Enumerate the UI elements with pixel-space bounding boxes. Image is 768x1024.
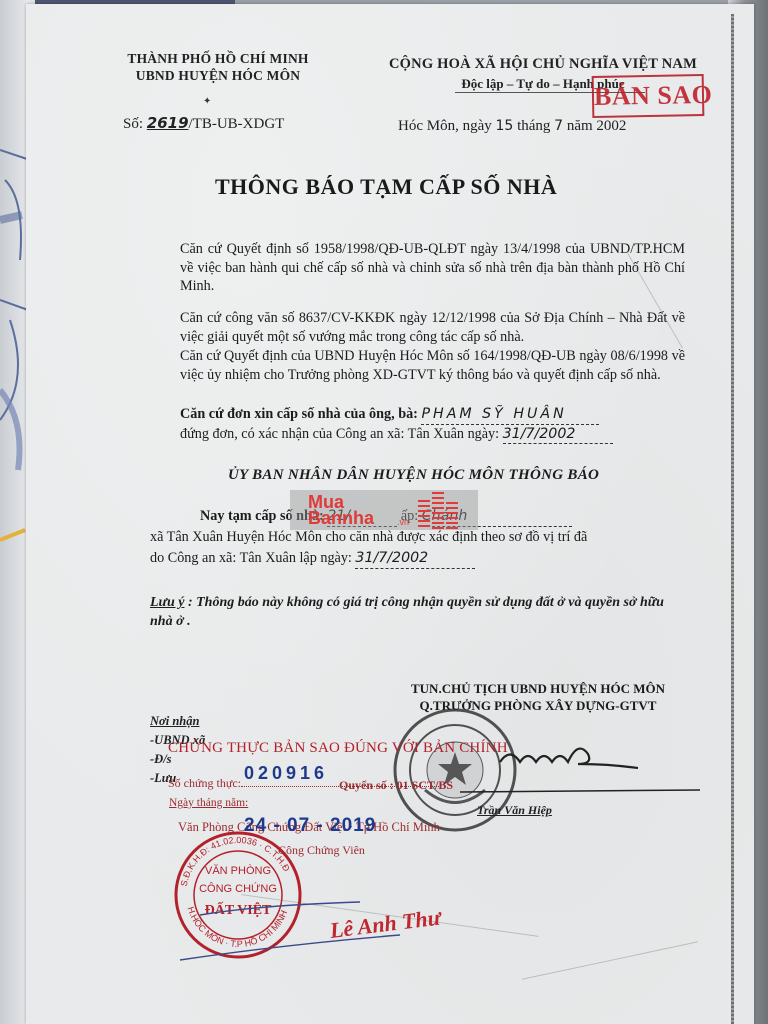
- svg-text:S.Đ.K.H.Đ: 41.02.0036 · C.T.H.: S.Đ.K.H.Đ: 41.02.0036 · C.T.H.Đ: [179, 835, 292, 887]
- svg-text:VĂN PHÒNG: VĂN PHÒNG: [205, 864, 271, 877]
- signer-name: Trần Văn Hiệp: [477, 803, 552, 818]
- certification-date-label: Ngày tháng năm:: [169, 797, 248, 809]
- certification-title: CHỨNG THỰC BẢN SAO ĐÚNG VỚI BẢN CHÍNH: [168, 740, 508, 757]
- district-signature: [500, 749, 638, 768]
- notary-role: Công Chứng Viên: [278, 843, 365, 858]
- certification-book: Quyển số : 01 SCT/BS: [339, 778, 453, 793]
- svg-text:CÔNG CHỨNG: CÔNG CHỨNG: [199, 882, 277, 895]
- stamps-and-signatures: VĂN PHÒNG CÔNG CHỨNG ĐẤT VIỆT S.Đ.K.H.Đ:…: [0, 0, 768, 1024]
- certification-date: 24 - 07 - 2019: [244, 815, 376, 837]
